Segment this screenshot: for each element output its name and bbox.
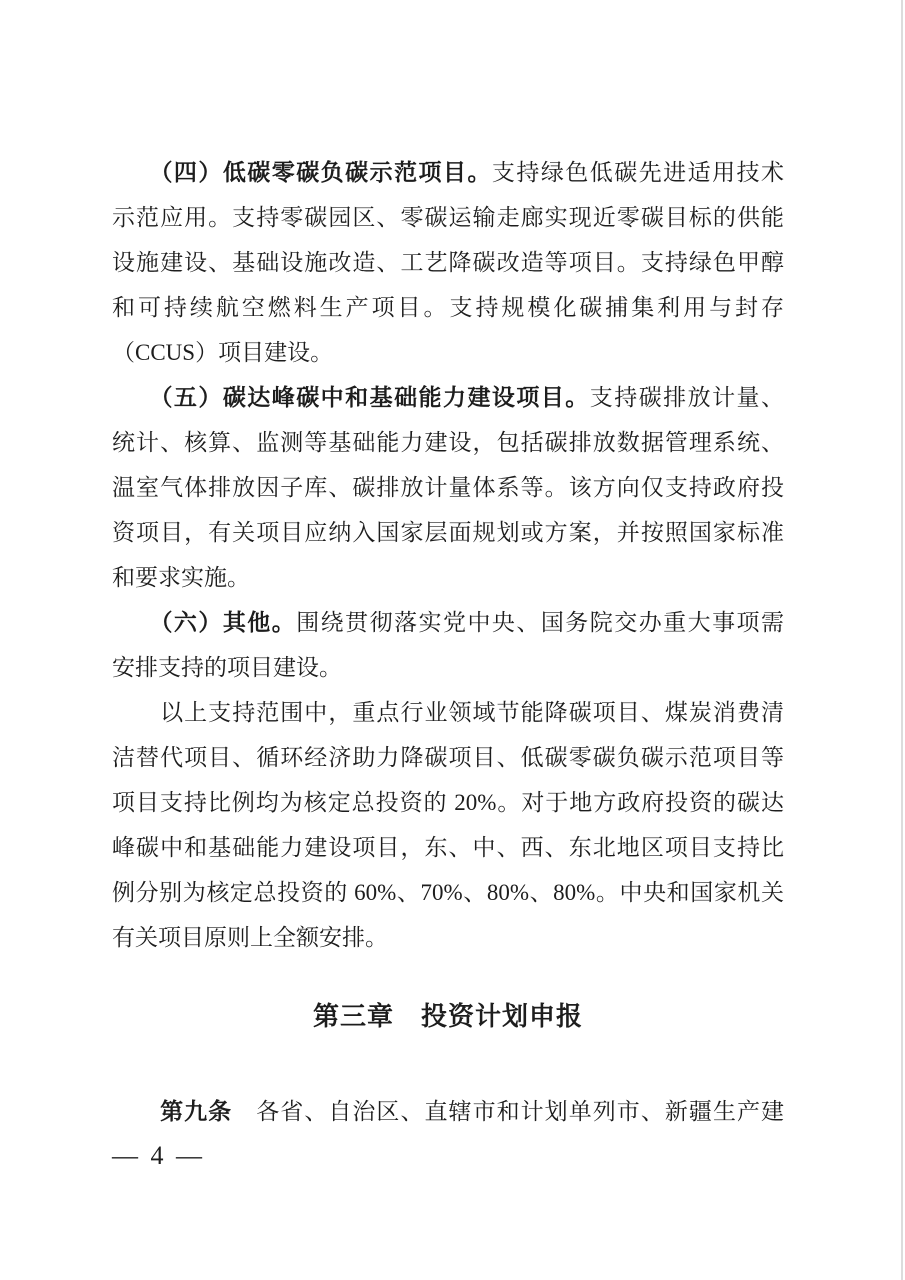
text-line: 资项目，有关项目应纳入国家层面规划或方案，并按照国家标准 [112, 510, 784, 555]
line-text: 统计、核算、监测等基础能力建设，包括碳排放数据管理系统、 [112, 430, 784, 455]
line-text: 资项目，有关项目应纳入国家层面规划或方案，并按照国家标准 [112, 520, 784, 545]
text-line: 设施建设、基础设施改造、工艺降碳改造等项目。支持绿色甲醇 [112, 240, 784, 285]
text-line: 和要求实施。 [112, 555, 784, 600]
text-line: 安排支持的项目建设。 [112, 645, 784, 690]
bold-lead-text: （四）低碳零碳负碳示范项目。 [161, 160, 492, 185]
text-line: （六）其他。围绕贯彻落实党中央、国务院交办重大事项需 [112, 600, 784, 645]
clause-6-others: （六）其他。围绕贯彻落实党中央、国务院交办重大事项需安排支持的项目建设。 [112, 600, 784, 690]
text-line: 温室气体排放因子库、碳排放计量体系等。该方向仅支持政府投 [112, 465, 784, 510]
line-text: 各省、自治区、直辖市和计划单列市、新疆生产建 [232, 1099, 784, 1124]
text-line: 和可持续航空燃料生产项目。支持规模化碳捕集利用与封存 [112, 285, 784, 330]
chapter-3-heading: 第三章 投资计划申报 [112, 994, 784, 1039]
line-text: 例分别为核定总投资的 60%、70%、80%、80%。中央和国家机关 [112, 880, 784, 905]
bold-lead-text: （五）碳达峰碳中和基础能力建设项目。 [161, 385, 590, 410]
paragraph-indent [112, 160, 161, 185]
bold-lead-text: 第九条 [160, 1099, 232, 1124]
line-text: 和要求实施。 [112, 565, 250, 590]
line-text: （CCUS）项目建设。 [112, 340, 333, 365]
text-line: 以上支持范围中，重点行业领域节能降碳项目、煤炭消费清 [112, 690, 784, 735]
line-text: 和可持续航空燃料生产项目。支持规模化碳捕集利用与封存 [112, 295, 784, 320]
line-text: 项目支持比例均为核定总投资的 20%。对于地方政府投资的碳达 [112, 790, 784, 815]
scan-edge-artifact [901, 0, 903, 1280]
clause-4-low-zero-negative-carbon-demo-projects: （四）低碳零碳负碳示范项目。支持绿色低碳先进适用技术示范应用。支持零碳园区、零碳… [112, 150, 784, 375]
line-text: 示范应用。支持零碳园区、零碳运输走廊实现近零碳目标的供能 [112, 205, 784, 230]
text-line: 峰碳中和基础能力建设项目，东、中、西、东北地区项目支持比 [112, 825, 784, 870]
line-text: 支持碳排放计量、 [590, 385, 784, 410]
page-footer: — 4 — [112, 1133, 205, 1178]
paragraph-indent [112, 1099, 160, 1124]
line-text: 洁替代项目、循环经济助力降碳项目、低碳零碳负碳示范项目等 [112, 745, 784, 770]
text-line: （CCUS）项目建设。 [112, 330, 784, 375]
line-text: 温室气体排放因子库、碳排放计量体系等。该方向仅支持政府投 [112, 475, 784, 500]
document-body: （四）低碳零碳负碳示范项目。支持绿色低碳先进适用技术示范应用。支持零碳园区、零碳… [112, 150, 784, 1134]
line-text: 安排支持的项目建设。 [112, 655, 342, 680]
line-text: 支持绿色低碳先进适用技术 [492, 160, 784, 185]
paragraph-indent [112, 610, 161, 635]
line-text: 有关项目原则上全额安排。 [112, 925, 388, 950]
text-line: （四）低碳零碳负碳示范项目。支持绿色低碳先进适用技术 [112, 150, 784, 195]
line-text: 围绕贯彻落实党中央、国务院交办重大事项需 [296, 610, 784, 635]
text-line: （五）碳达峰碳中和基础能力建设项目。支持碳排放计量、 [112, 375, 784, 420]
paragraph-indent [112, 700, 160, 725]
line-text: 峰碳中和基础能力建设项目，东、中、西、东北地区项目支持比 [112, 835, 784, 860]
line-text: 以上支持范围中，重点行业领域节能降碳项目、煤炭消费清 [160, 700, 784, 725]
bold-lead-text: （六）其他。 [161, 610, 296, 635]
text-line: 项目支持比例均为核定总投资的 20%。对于地方政府投资的碳达 [112, 780, 784, 825]
page-number: — 4 — [112, 1141, 205, 1170]
text-line: 统计、核算、监测等基础能力建设，包括碳排放数据管理系统、 [112, 420, 784, 465]
text-line: 第九条 各省、自治区、直辖市和计划单列市、新疆生产建 [112, 1089, 784, 1134]
clause-5-carbon-peak-neutrality-capacity-projects: （五）碳达峰碳中和基础能力建设项目。支持碳排放计量、统计、核算、监测等基础能力建… [112, 375, 784, 600]
article-9-paragraph: 第九条 各省、自治区、直辖市和计划单列市、新疆生产建 [112, 1089, 784, 1134]
paragraph-indent [112, 385, 161, 410]
document-page: （四）低碳零碳负碳示范项目。支持绿色低碳先进适用技术示范应用。支持零碳园区、零碳… [0, 0, 905, 1280]
text-line: 示范应用。支持零碳园区、零碳运输走廊实现近零碳目标的供能 [112, 195, 784, 240]
text-line: 有关项目原则上全额安排。 [112, 915, 784, 960]
text-line: 洁替代项目、循环经济助力降碳项目、低碳零碳负碳示范项目等 [112, 735, 784, 780]
support-ratio-paragraph: 以上支持范围中，重点行业领域节能降碳项目、煤炭消费清洁替代项目、循环经济助力降碳… [112, 690, 784, 960]
text-line: 例分别为核定总投资的 60%、70%、80%、80%。中央和国家机关 [112, 870, 784, 915]
line-text: 设施建设、基础设施改造、工艺降碳改造等项目。支持绿色甲醇 [112, 250, 784, 275]
